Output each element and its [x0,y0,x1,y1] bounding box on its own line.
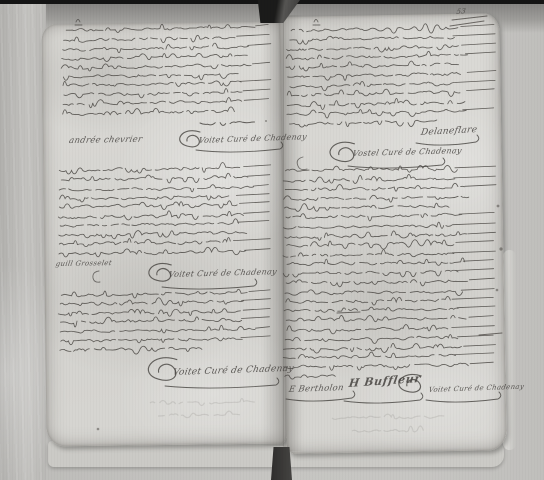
left-page [41,22,286,447]
margin-note-guill-grosselet: guill Grosselet [55,259,113,268]
register-scan: 53 andrée chevrier Voitet Curé de Chaden… [0,0,544,480]
binding-strip-bottom [271,447,292,480]
gutter-shadow-left [261,22,284,446]
scanner-bed-left-margin [0,0,46,480]
signature-andree-chevrier: andrée chevrier [68,135,143,146]
page-number: 53 [456,7,466,16]
signature-bertholon: E Bertholon [288,383,345,395]
